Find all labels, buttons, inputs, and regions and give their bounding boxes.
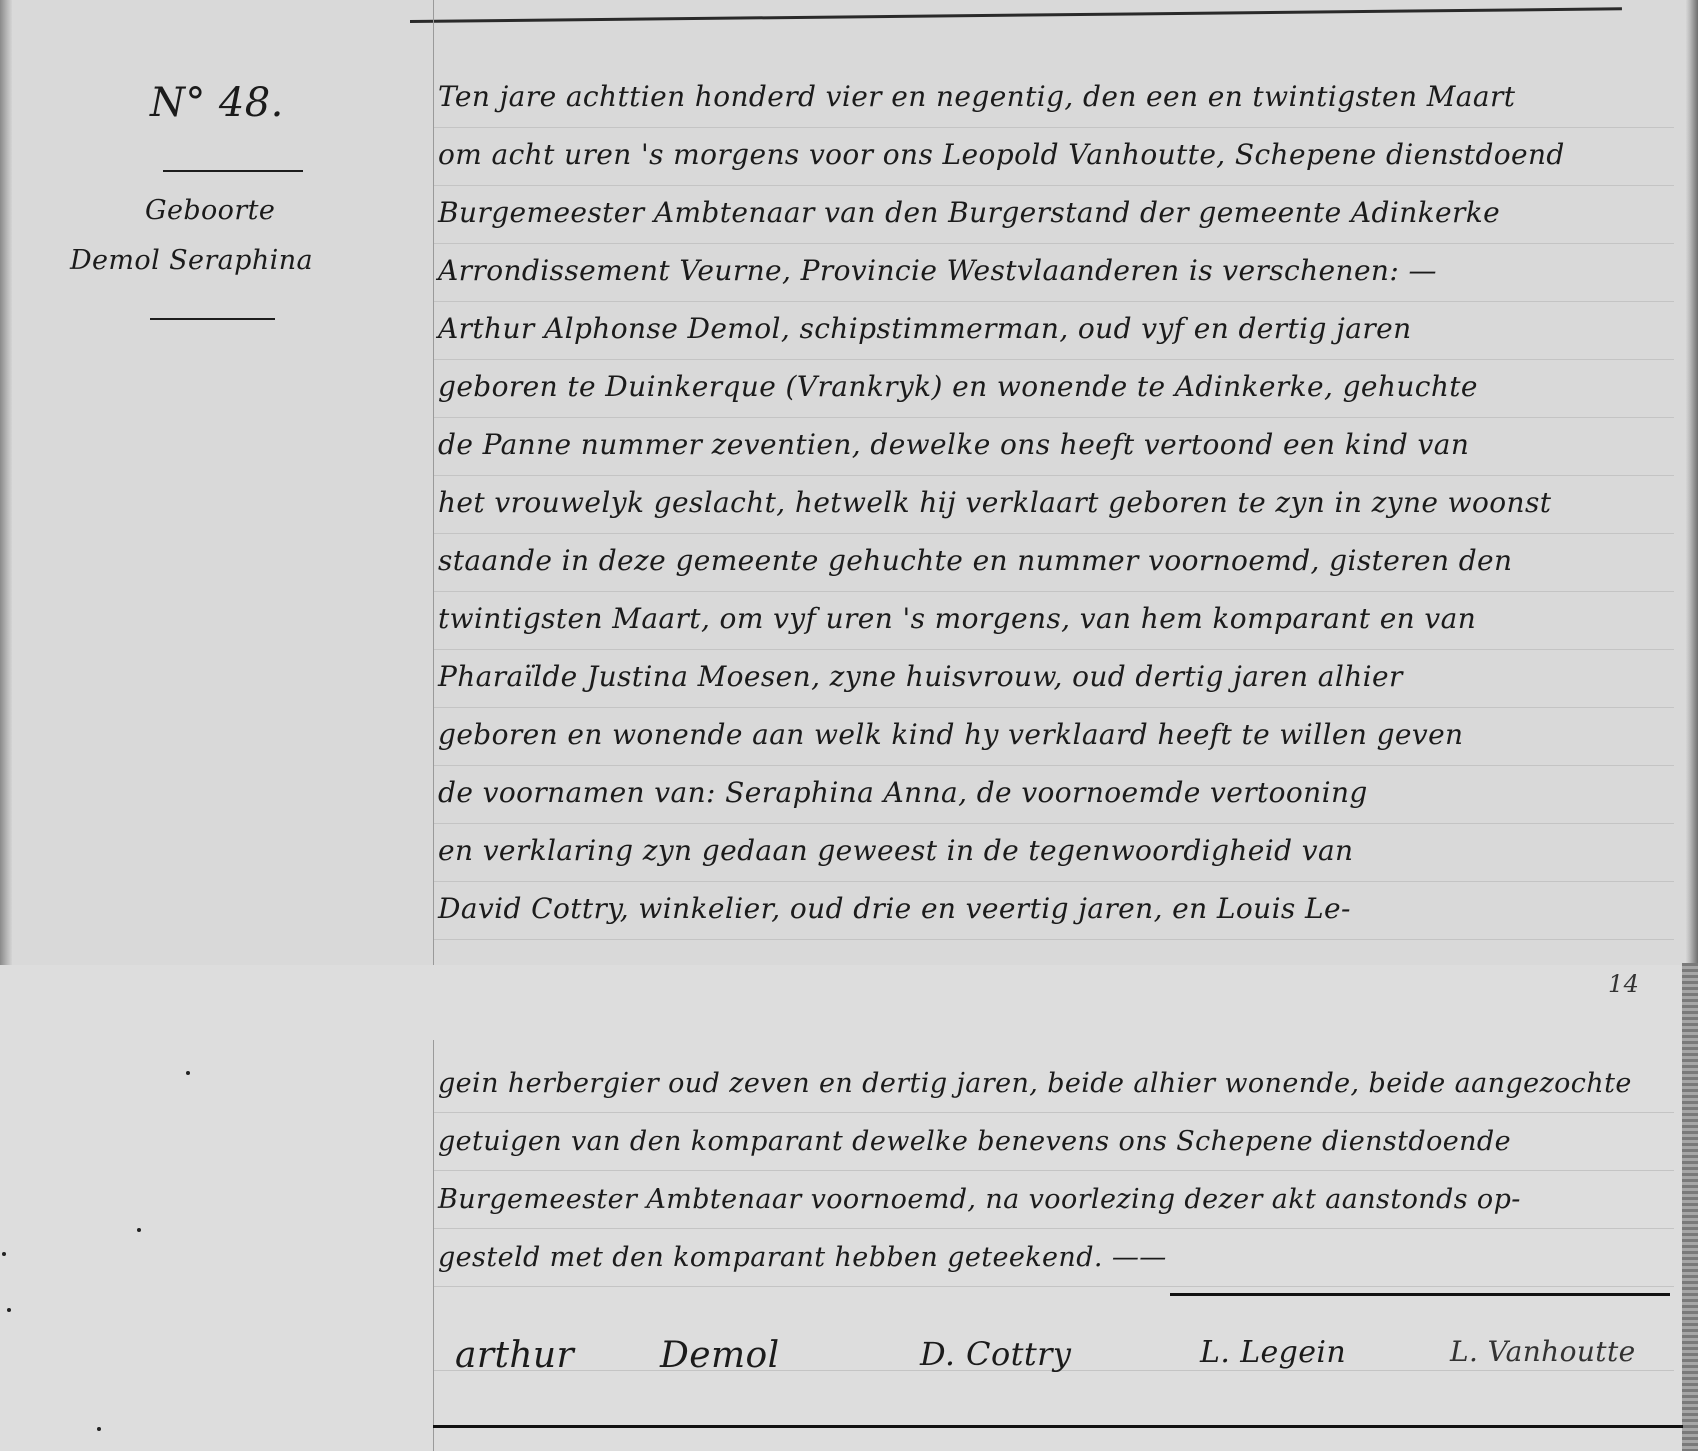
ruled-line [434,765,1674,766]
signature-vanhoutte: L. Vanhoutte [1450,1335,1636,1368]
signature-cottry: D. Cottry [920,1335,1071,1373]
ruled-line [434,533,1674,534]
body-line: Ten jare achttien honderd vier en negent… [438,80,1515,113]
margin-line-lower [433,1040,434,1451]
ruled-line [434,823,1674,824]
ruled-line [434,649,1674,650]
signature-legein: L. Legein [1200,1335,1346,1370]
body-line: de voornamen van: Seraphina Anna, de voo… [438,776,1368,809]
ruled-line [434,707,1674,708]
body-line: Burgemeester Ambtenaar van den Burgersta… [438,196,1500,229]
entry-end-rule [433,1425,1683,1428]
continuation-line: gein herbergier oud zeven en dertig jare… [438,1068,1632,1099]
ruled-line [434,1228,1674,1229]
body-line: en verklaring zyn gedaan geweest in de t… [438,834,1353,867]
ruled-line [434,475,1674,476]
margin-rule-top [163,170,303,172]
ruled-line [434,127,1674,128]
continuation-line: gesteld met den komparant hebben geteeke… [438,1242,1167,1273]
ruled-line [434,939,1674,940]
body-line: Pharaïlde Justina Moesen, zyne huisvrouw… [438,660,1403,693]
continuation-line: Burgemeester Ambtenaar voornoemd, na voo… [438,1184,1521,1215]
paper-speck [7,1308,11,1312]
paper-speck [137,1228,141,1232]
entry-number: N° 48. [150,80,284,126]
ruled-line [434,359,1674,360]
ruled-line [434,1112,1674,1113]
paper-speck [186,1071,190,1075]
margin-title: Geboorte [145,195,275,226]
signature-demol: Demol [660,1335,780,1376]
ruled-line [434,301,1674,302]
margin-name: Demol Seraphina [70,245,313,276]
ruled-line [434,881,1674,882]
closing-rule [1170,1293,1670,1296]
body-line: de Panne nummer zeventien, dewelke ons h… [438,428,1469,461]
body-line: twintigsten Maart, om vyf uren 's morgen… [438,602,1476,635]
ruled-line [434,591,1674,592]
body-line: Arthur Alphonse Demol, schipstimmerman, … [438,312,1412,345]
body-line: David Cottry, winkelier, oud drie en vee… [438,892,1351,925]
signature-arthur: arthur [455,1335,574,1376]
paper-speck [97,1427,101,1431]
page-binding-edge-right-lower [1682,963,1698,1451]
ruled-line [434,185,1674,186]
page-binding-edge-left [0,0,12,965]
body-line: Arrondissement Veurne, Provincie Westvla… [438,254,1437,287]
margin-line-upper [433,0,434,965]
ruled-line [434,1286,1674,1287]
body-line: geboren en wonende aan welk kind hy verk… [438,718,1464,751]
margin-rule-bottom [150,318,275,320]
body-line: staande in deze gemeente gehuchte en num… [438,544,1512,577]
page-binding-edge-right [1686,0,1698,965]
paper-speck [2,1252,6,1256]
folio-number: 14 [1608,970,1639,998]
body-line: om acht uren 's morgens voor ons Leopold… [438,138,1565,171]
body-line: geboren te Duinkerque (Vrankryk) en wone… [438,370,1478,403]
ruled-line [434,1170,1674,1171]
ruled-line [434,243,1674,244]
continuation-line: getuigen van den komparant dewelke benev… [438,1126,1511,1157]
body-line: het vrouwelyk geslacht, hetwelk hij verk… [438,486,1551,519]
ruled-line [434,417,1674,418]
